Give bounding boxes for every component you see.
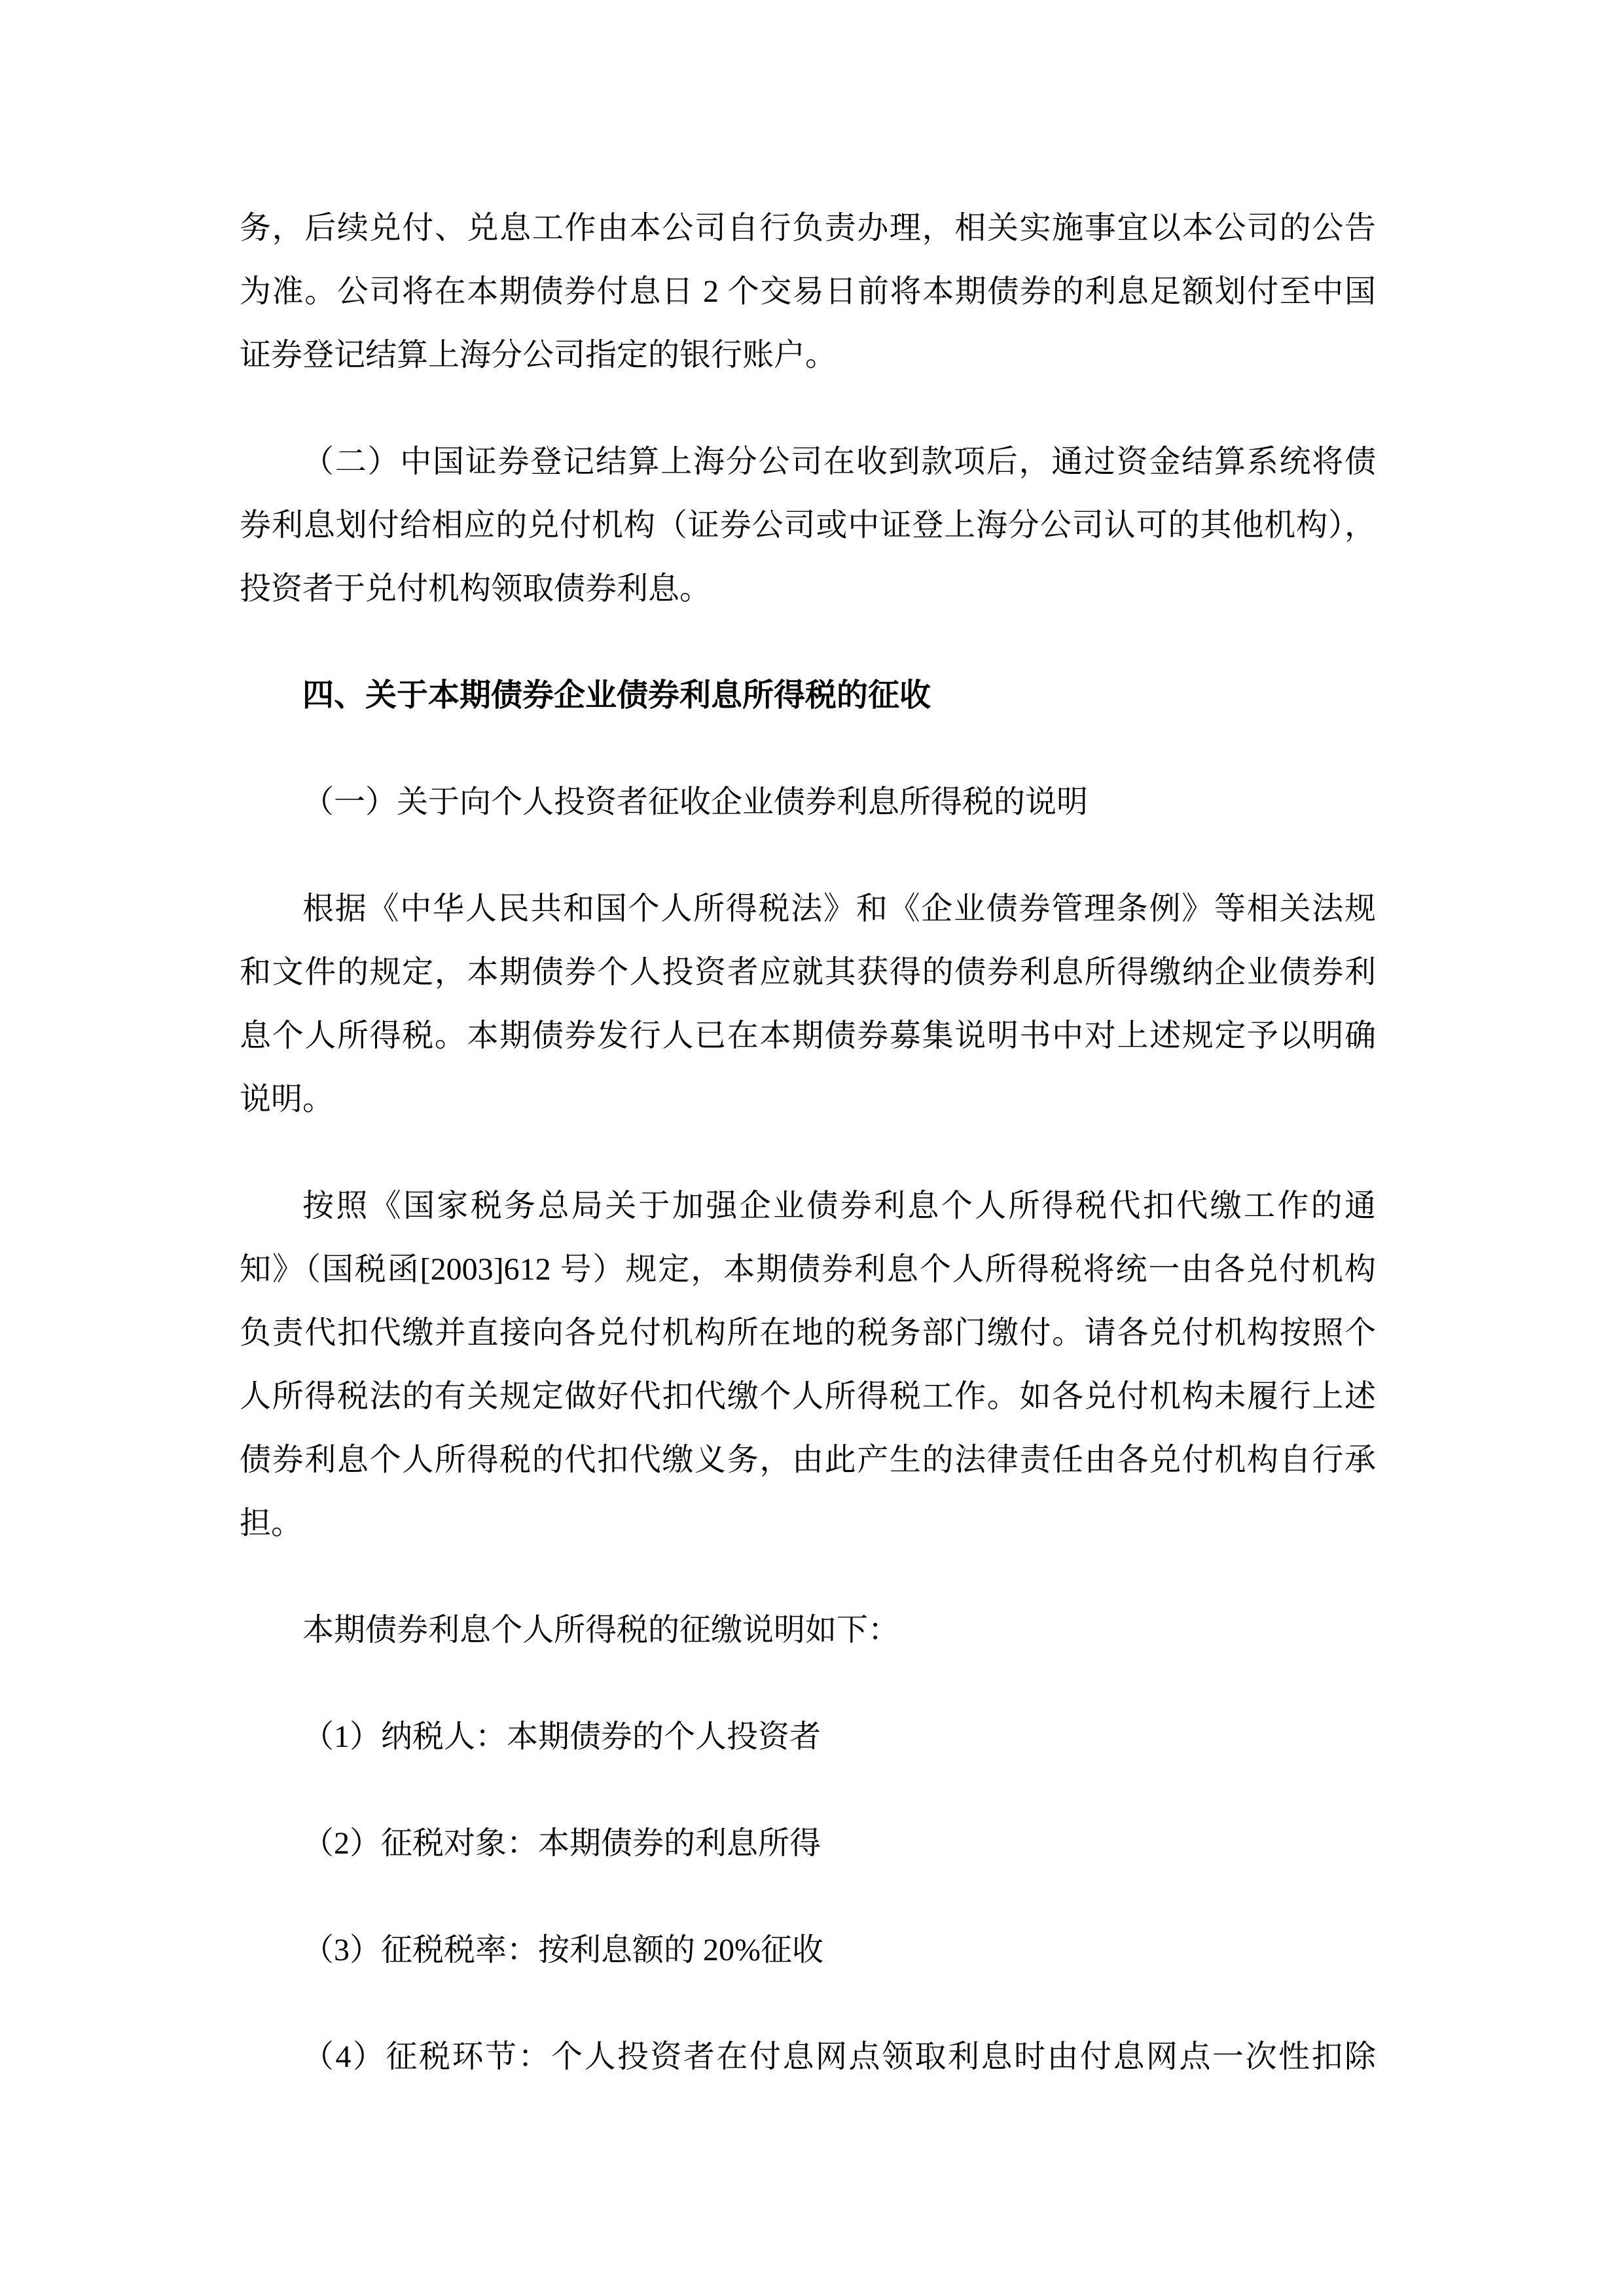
text-line: 担。 [240, 1492, 1376, 1555]
text-line: 为准。公司将在本期债券付息日 2 个交易日前将本期债券的利息足额划付至中国 [240, 260, 1376, 323]
document-content: 务，后续兑付、兑息工作由本公司自行负责办理，相关实施事宜以本公司的公告 为准。公… [240, 196, 1376, 2132]
text-line: 证券登记结算上海分公司指定的银行账户。 [240, 323, 1376, 387]
tax-item-rate: （3）征税税率：按利息额的 20%征收 [240, 1918, 1376, 1982]
text-line: 按照《国家税务总局关于加强企业债券利息个人所得税代扣代缴工作的通 [240, 1174, 1376, 1238]
text-line: 根据《中华人民共和国个人所得税法》和《企业债券管理条例》等相关法规 [240, 877, 1376, 941]
section-heading-text: 四、关于本期债券企业债券利息所得税的征收 [240, 664, 1376, 727]
text-line: 投资者于兑付机构领取债券利息。 [240, 557, 1376, 620]
paragraph-withholding-obligation: 按照《国家税务总局关于加强企业债券利息个人所得税代扣代缴工作的通 知》（国税函[… [240, 1174, 1376, 1555]
list-item: （4）征税环节：个人投资者在付息网点领取利息时由付息网点一次性扣除 [240, 2025, 1376, 2089]
paragraph-tax-notes-intro: 本期债券利息个人所得税的征缴说明如下： [240, 1598, 1376, 1662]
text-line: 人所得税法的有关规定做好代扣代缴个人所得税工作。如各兑付机构未履行上述 [240, 1365, 1376, 1428]
document-page: 务，后续兑付、兑息工作由本公司自行负责办理，相关实施事宜以本公司的公告 为准。公… [0, 0, 1624, 2296]
text-line: 务，后续兑付、兑息工作由本公司自行负责办理，相关实施事宜以本公司的公告 [240, 196, 1376, 260]
tax-item-object: （2）征税对象：本期债券的利息所得 [240, 1812, 1376, 1875]
tax-item-taxpayer: （1）纳税人：本期债券的个人投资者 [240, 1705, 1376, 1768]
section-heading-tax-collection: 四、关于本期债券企业债券利息所得税的征收 [240, 664, 1376, 727]
text-line: 和文件的规定，本期债券个人投资者应就其获得的债券利息所得缴纳企业债券利 [240, 941, 1376, 1004]
list-item: （3）征税税率：按利息额的 20%征收 [240, 1918, 1376, 1982]
paragraph-csdc-distribution: （二）中国证券登记结算上海分公司在收到款项后，通过资金结算系统将债 券利息划付给… [240, 430, 1376, 620]
text-line: 债券利息个人所得税的代扣代缴义务，由此产生的法律责任由各兑付机构自行承 [240, 1428, 1376, 1492]
text-line: 券利息划付给相应的兑付机构（证券公司或中证登上海分公司认可的其他机构）， [240, 493, 1376, 557]
list-item: （2）征税对象：本期债券的利息所得 [240, 1812, 1376, 1875]
text-line: 知》（国税函[2003]612 号）规定，本期债券利息个人所得税将统一由各兑付机… [240, 1238, 1376, 1301]
text-line: 息个人所得税。本期债券发行人已在本期债券募集说明书中对上述规定予以明确 [240, 1004, 1376, 1067]
text-line: （二）中国证券登记结算上海分公司在收到款项后，通过资金结算系统将债 [240, 430, 1376, 493]
sub-heading-text: （一）关于向个人投资者征收企业债券利息所得税的说明 [240, 770, 1376, 834]
text-line: 说明。 [240, 1067, 1376, 1131]
paragraph-legal-basis: 根据《中华人民共和国个人所得税法》和《企业债券管理条例》等相关法规 和文件的规定… [240, 877, 1376, 1131]
tax-item-collection-stage: （4）征税环节：个人投资者在付息网点领取利息时由付息网点一次性扣除 [240, 2025, 1376, 2089]
text-line: 本期债券利息个人所得税的征缴说明如下： [240, 1598, 1376, 1662]
list-item: （1）纳税人：本期债券的个人投资者 [240, 1705, 1376, 1768]
sub-heading-individual-investors: （一）关于向个人投资者征收企业债券利息所得税的说明 [240, 770, 1376, 834]
text-line: 负责代扣代缴并直接向各兑付机构所在地的税务部门缴付。请各兑付机构按照个 [240, 1301, 1376, 1365]
paragraph-payment-continuation: 务，后续兑付、兑息工作由本公司自行负责办理，相关实施事宜以本公司的公告 为准。公… [240, 196, 1376, 387]
